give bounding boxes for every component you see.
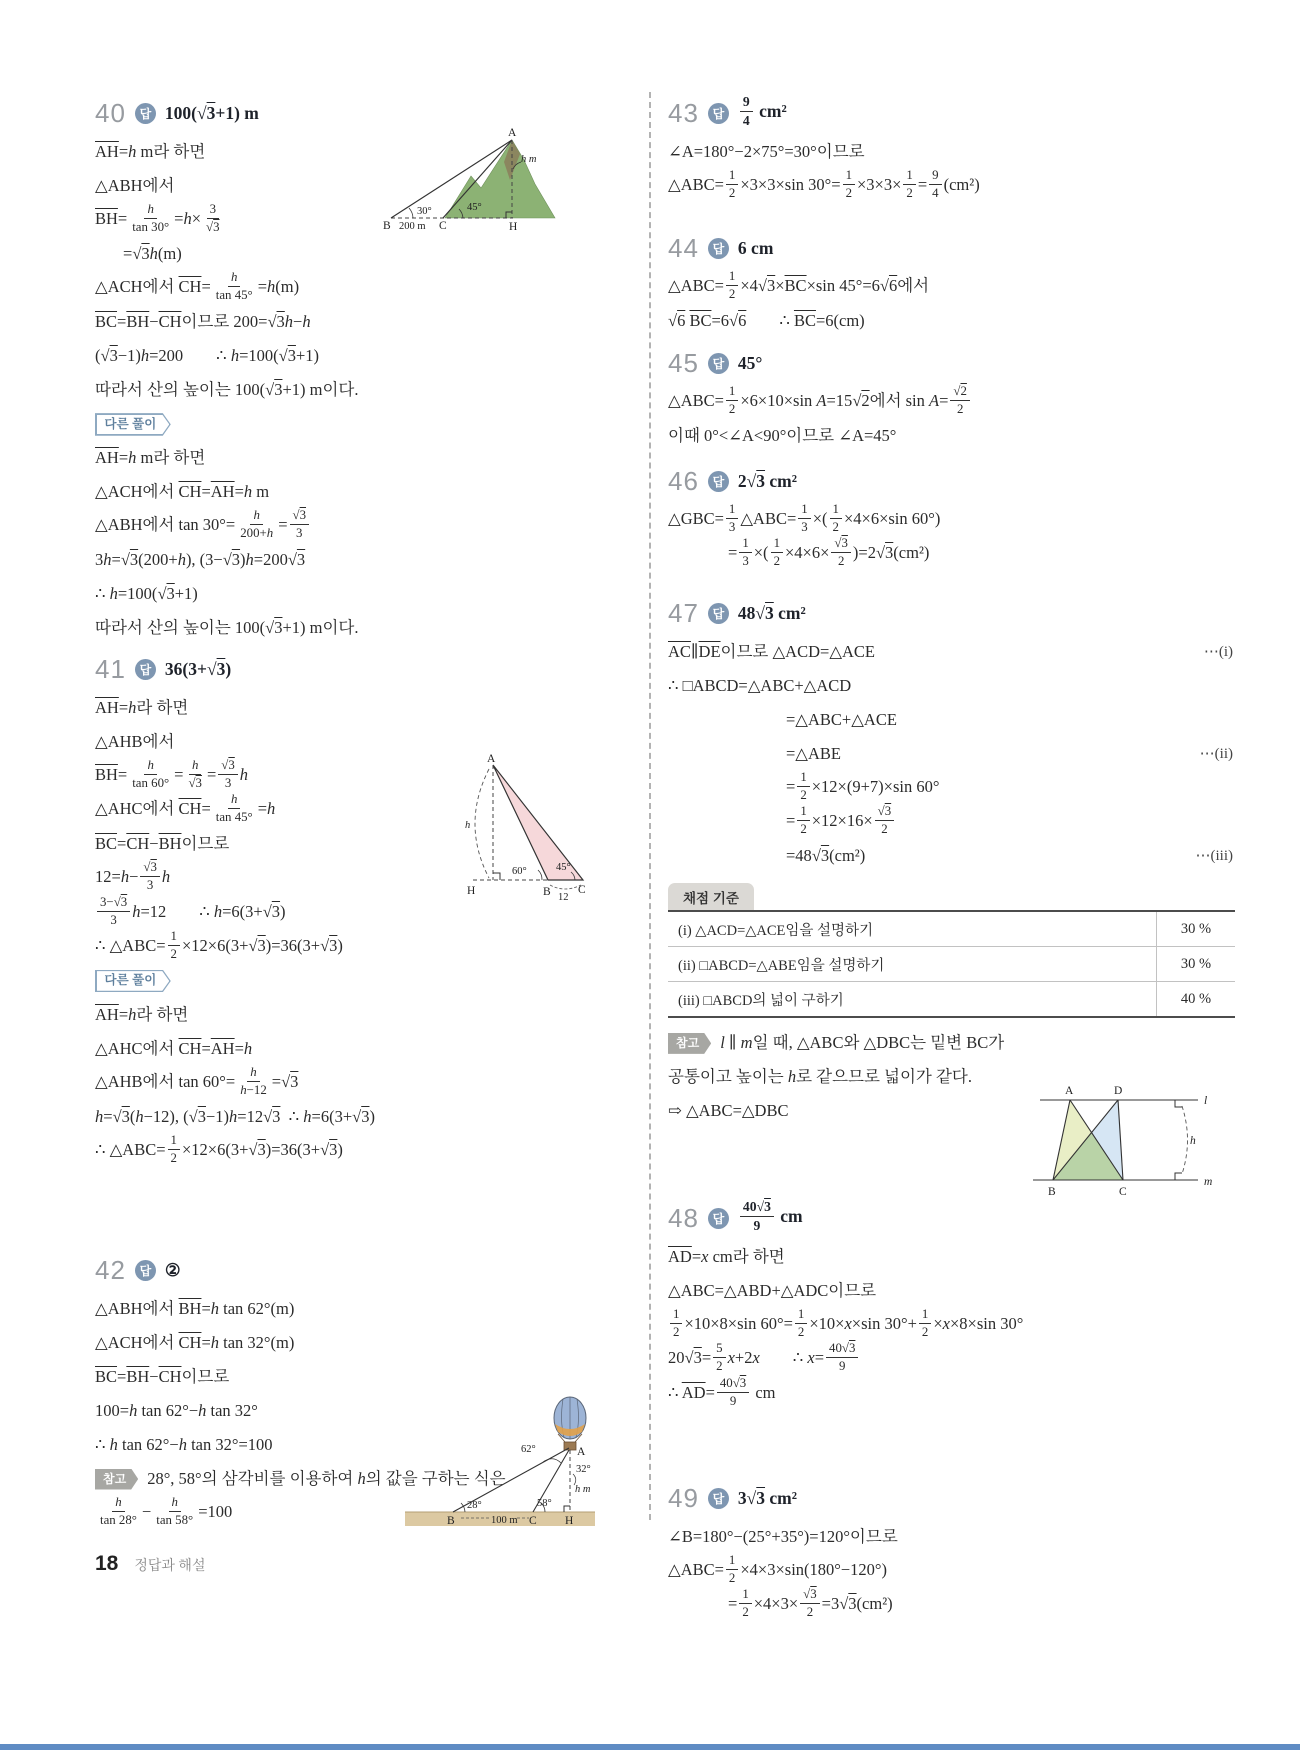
math-text: BC=BH−CH이므로 200=√3h−h — [95, 312, 311, 333]
problem-number: 43 — [668, 98, 699, 129]
solution-line: =48√3(cm²)⋯(iii) — [668, 839, 1235, 873]
solution-line: ∠B=180°−(25°+35°)=120°이므로 — [668, 1520, 1235, 1554]
math-text: 100=h tan 62°−h tan 32° — [95, 1401, 258, 1422]
math-text: 12×10×8×sin 60°=12×10×x×sin 30°+12×x×8×s… — [668, 1308, 1023, 1342]
math-text: △ACH에서 CH=htan 45°=h(m) — [95, 271, 299, 305]
solution-line: 12×10×8×sin 60°=12×10×x×sin 30°+12×x×8×s… — [668, 1308, 1235, 1342]
problem-number: 42 — [95, 1255, 126, 1286]
problem-number: 49 — [668, 1483, 699, 1514]
solution-line: AC∥DE이므로 △ACD=△ACE⋯(i) — [668, 635, 1235, 669]
grading-item: (i) △ACD=△ACE임을 설명하기 — [668, 911, 1157, 947]
solution-line: △ABC=12×4√3×BC×sin 45°=6√6에서 — [668, 270, 1235, 304]
solution-line: (√3−1)h=200 ∴ h=100(√3+1) — [95, 339, 577, 373]
solution-line: =12×12×16×√32 — [668, 805, 1235, 839]
math-text: 따라서 산의 높이는 100(√3+1) m이다. — [95, 618, 358, 639]
solution-line: AH=h라 하면 — [95, 998, 577, 1032]
label-angle-45: 45° — [556, 862, 571, 873]
math-text: =√3h(m) — [123, 244, 182, 265]
reference-line: 참고l ∥ m일 때, △ABC와 △DBC는 밑변 BC가 — [668, 1026, 1235, 1060]
grading-row: (i) △ACD=△ACE임을 설명하기30 % — [668, 911, 1235, 947]
math-text: △ABC=12×4√3×BC×sin 45°=6√6에서 — [668, 270, 929, 304]
problem-number: 40 — [95, 98, 126, 129]
solution-line: △AHB에서 tan 60°=hh−12=√3 — [95, 1066, 577, 1100]
column-divider — [649, 92, 651, 1520]
label-line-l: l — [1204, 1095, 1207, 1107]
problem-number: 46 — [668, 466, 699, 497]
label-line-m: m — [1204, 1176, 1212, 1188]
problem-number: 44 — [668, 233, 699, 264]
problem-header: 46답2√3 cm² — [668, 463, 1235, 499]
math-text: 3−√33h=12 ∴ h=6(3+√3) — [95, 896, 286, 930]
label-angle-30: 30° — [417, 206, 432, 217]
answer-text: 48√3 cm² — [738, 603, 806, 624]
solution-line: △ABH에서 BH=h tan 62°(m) — [95, 1292, 577, 1326]
label-C: C — [439, 220, 447, 232]
answer-badge: 답 — [708, 603, 729, 624]
solution-line: △ABC=12×4×3×sin(180°−120°) — [668, 1554, 1235, 1588]
math-text: △ACH에서 CH=h tan 32°(m) — [95, 1333, 294, 1354]
alternate-solution-row: 다른 풀이 — [95, 964, 577, 998]
math-text: AH=h라 하면 — [95, 698, 188, 719]
math-text: ∴ □ABCD=△ABC+△ACD — [668, 676, 851, 697]
basket — [564, 1442, 576, 1450]
label-B: B — [383, 220, 391, 232]
label-angle-32: 32° — [576, 1464, 591, 1475]
math-text: ∴ △ABC=12×12×6(3+√3)=36(3+√3) — [95, 930, 343, 964]
math-text: ∴ AD=40√39 cm — [668, 1377, 776, 1411]
label-H: H — [565, 1515, 573, 1527]
grading-percent: 30 % — [1157, 911, 1236, 947]
problem-number: 45 — [668, 348, 699, 379]
answer-badge: 답 — [708, 353, 729, 374]
problem-header: 42답② — [95, 1252, 577, 1288]
math-text: ∴ h=100(√3+1) — [95, 584, 198, 605]
problem-number: 41 — [95, 654, 126, 685]
problem-header: 47답48√3 cm² — [668, 595, 1235, 631]
page-footer: 18 정답과 해설 — [95, 1552, 205, 1576]
right-column: 43답94 cm²∠A=180°−2×75°=30°이므로△ABC=12×3×3… — [668, 95, 1235, 1675]
grading-percent: 30 % — [1157, 947, 1236, 982]
math-text: l ∥ m일 때, △ABC와 △DBC는 밑변 BC가 — [720, 1033, 1004, 1054]
label-A: A — [577, 1446, 586, 1458]
problem-41: 41답36(3+√3)AH=h라 하면△AHB에서BH=htan 60°=h√3… — [95, 651, 577, 1168]
math-text: √6 BC=6√6 ∴ BC=6(cm) — [668, 311, 865, 332]
answer-badge: 답 — [708, 1208, 729, 1229]
math-text: △ABH에서 tan 30°=h200+h=√33 — [95, 509, 311, 543]
problem-header: 45답45° — [668, 345, 1235, 381]
grading-criteria: 채점 기준(i) △ACD=△ACE임을 설명하기30 %(ii) □ABCD=… — [668, 883, 1235, 1018]
solution-line: △ACH에서 CH=AH=h m — [95, 475, 577, 509]
solution-line: △ABC=△ABD+△ADC이므로 — [668, 1274, 1235, 1308]
answer-badge: 답 — [708, 1488, 729, 1509]
problem-49: 49답3√3 cm²∠B=180°−(25°+35°)=120°이므로△ABC=… — [668, 1480, 1235, 1622]
math-text: =48√3(cm²) — [786, 846, 865, 867]
solution-line: △GBC=13△ABC=13×(12×4×6×sin 60°) — [668, 503, 1235, 537]
label-B: B — [1048, 1186, 1056, 1198]
solution-line: ∴ AD=40√39 cm — [668, 1377, 1235, 1411]
solution-line: △ABC=12×6×10×sin A=15√2에서 sin A=√22 — [668, 385, 1235, 419]
label-100m: 100 m — [491, 1515, 518, 1526]
page-number: 18 — [95, 1552, 118, 1576]
answer-text: ② — [165, 1260, 181, 1281]
math-text: =12×4×3×√32=3√3(cm²) — [728, 1588, 893, 1622]
math-text: h=√3(h−12), (√3−1)h=12√3 ∴ h=6(3+√3) — [95, 1107, 375, 1128]
answer-badge: 답 — [135, 103, 156, 124]
diagram-balloon: A B C H 62° 32° 28° 58° 100 m h m — [405, 1382, 595, 1530]
grading-percent: 40 % — [1157, 982, 1236, 1018]
footer-label: 정답과 해설 — [134, 1555, 205, 1575]
problem-44: 44답6 cm△ABC=12×4√3×BC×sin 45°=6√6에서√6 BC… — [668, 230, 1235, 338]
label-angle-45: 45° — [467, 202, 482, 213]
solution-line: ∴ △ABC=12×12×6(3+√3)=36(3+√3) — [95, 930, 577, 964]
solution-line: ∴ h=100(√3+1) — [95, 578, 577, 612]
answer-badge: 답 — [708, 471, 729, 492]
solution-line: △ACH에서 CH=h tan 32°(m) — [95, 1326, 577, 1360]
solution-line: √6 BC=6√6 ∴ BC=6(cm) — [668, 304, 1235, 338]
label-A: A — [487, 753, 496, 765]
math-text: ∠A=180°−2×75°=30°이므로 — [668, 142, 865, 163]
answer-text: 45° — [738, 353, 763, 374]
answer-text: 6 cm — [738, 238, 773, 259]
solution-line: ∴ □ABCD=△ABC+△ACD — [668, 669, 1235, 703]
solution-line: =△ABE⋯(ii) — [668, 737, 1235, 771]
solution-line: =△ABC+△ACE — [668, 703, 1235, 737]
math-text: AD=x cm라 하면 — [668, 1247, 785, 1268]
step-marker: ⋯(iii) — [1196, 847, 1234, 866]
problem-48: 48답40√39 cmAD=x cm라 하면△ABC=△ABD+△ADC이므로1… — [668, 1200, 1235, 1411]
solution-line: =13×(12×4×6×√32)=2√3(cm²) — [668, 537, 1235, 571]
label-angle-58: 58° — [537, 1498, 552, 1509]
answer-badge: 답 — [708, 238, 729, 259]
solution-line: △ABH에서 tan 30°=h200+h=√33 — [95, 509, 577, 543]
solution-line: =12×12×(9+7)×sin 60° — [668, 771, 1235, 805]
step-marker: ⋯(i) — [1204, 643, 1233, 662]
label-angle-28: 28° — [467, 1500, 482, 1511]
math-text: BC=BH−CH이므로 — [95, 1367, 229, 1388]
label-angle-60: 60° — [512, 866, 527, 877]
grading-row: (ii) □ABCD=△ABE임을 설명하기30 % — [668, 947, 1235, 982]
math-text: 20√3=52x+2x ∴ x=40√39 — [668, 1342, 860, 1376]
solution-line: BC=BH−CH이므로 200=√3h−h — [95, 305, 577, 339]
answer-text: 94 cm² — [738, 95, 787, 131]
math-text: AH=h m라 하면 — [95, 142, 205, 163]
math-text: △AHB에서 — [95, 732, 174, 753]
reference-tag: 참고 — [668, 1033, 711, 1054]
math-text: AH=h m라 하면 — [95, 448, 205, 469]
problem-header: 44답6 cm — [668, 230, 1235, 266]
math-text: BH=htan 30°=h×3√3 — [95, 203, 225, 237]
step-marker: ⋯(ii) — [1200, 745, 1233, 764]
solution-line: AH=h m라 하면 — [95, 441, 577, 475]
math-text: 3h=√3(200+h), (3−√3)h=200√3 — [95, 550, 305, 571]
math-text: △AHC에서 CH=AH=h — [95, 1039, 252, 1060]
problem-46: 46답2√3 cm²△GBC=13△ABC=13×(12×4×6×sin 60°… — [668, 463, 1235, 571]
math-text: 12=h−√33h — [95, 861, 170, 895]
problem-45: 45답45°△ABC=12×6×10×sin A=15√2에서 sin A=√2… — [668, 345, 1235, 453]
problem-number: 47 — [668, 598, 699, 629]
math-text: =△ABE — [786, 744, 841, 765]
math-text: BH=htan 60°=h√3=√33h — [95, 759, 248, 793]
answer-badge: 답 — [135, 1260, 156, 1281]
solution-line: =12×4×3×√32=3√3(cm²) — [668, 1588, 1235, 1622]
label-hm: h m — [575, 1484, 591, 1495]
math-text: ⇨ △ABC=△DBC — [668, 1101, 789, 1122]
grading-row: (iii) □ABCD의 넓이 구하기40 % — [668, 982, 1235, 1018]
reference-tag: 참고 — [95, 1469, 138, 1490]
math-text: =13×(12×4×6×√32)=2√3(cm²) — [728, 537, 929, 571]
label-A: A — [1065, 1085, 1074, 1097]
alternate-solution-row: 다른 풀이 — [95, 407, 577, 441]
grading-item: (ii) □ABCD=△ABE임을 설명하기 — [668, 947, 1157, 982]
problem-47: 47답48√3 cm²AC∥DE이므로 △ACD=△ACE⋯(i)∴ □ABCD… — [668, 595, 1235, 1128]
solution-line: h=√3(h−12), (√3−1)h=12√3 ∴ h=6(3+√3) — [95, 1100, 577, 1134]
answer-text: 2√3 cm² — [738, 471, 797, 492]
grading-item: (iii) □ABCD의 넓이 구하기 — [668, 982, 1157, 1018]
solution-line: △AHC에서 CH=AH=h — [95, 1032, 577, 1066]
math-text: △ACH에서 CH=AH=h m — [95, 482, 269, 503]
label-D: D — [1114, 1085, 1122, 1097]
math-text: =12×12×16×√32 — [786, 805, 896, 839]
answer-text: 40√39 cm — [738, 1200, 803, 1236]
solution-line: 3h=√3(200+h), (3−√3)h=200√3 — [95, 544, 577, 578]
math-text: △AHB에서 tan 60°=hh−12=√3 — [95, 1066, 298, 1100]
solution-line: =√3h(m) — [95, 237, 577, 271]
math-text: (√3−1)h=200 ∴ h=100(√3+1) — [95, 346, 319, 367]
answer-badge: 답 — [708, 103, 729, 124]
label-h: h — [1190, 1135, 1196, 1147]
alternate-solution-tag: 다른 풀이 — [95, 970, 171, 993]
solution-line: AD=x cm라 하면 — [668, 1240, 1235, 1274]
answer-text: 100(√3+1) m — [165, 103, 259, 124]
alternate-solution-tag: 다른 풀이 — [95, 413, 171, 436]
label-B: B — [447, 1515, 455, 1527]
math-text: △ABH에서 — [95, 176, 174, 197]
solution-line: ∠A=180°−2×75°=30°이므로 — [668, 135, 1235, 169]
label-h: h — [465, 820, 470, 831]
label-C: C — [529, 1515, 537, 1527]
solution-line: △ACH에서 CH=htan 45°=h(m) — [95, 271, 577, 305]
diagram-mountain: A B C H 30° 45° 200 m h m — [383, 126, 563, 240]
math-text: 따라서 산의 높이는 100(√3+1) m이다. — [95, 380, 358, 401]
math-text: △ABH에서 BH=h tan 62°(m) — [95, 1299, 294, 1320]
diagram-triangle-60-45: A H B C 60° 45° 12 h — [415, 752, 585, 904]
math-text: ∴ h tan 62°−h tan 32°=100 — [95, 1435, 273, 1456]
label-200m: 200 m — [399, 221, 426, 232]
label-H: H — [467, 885, 475, 897]
grading-criteria-tab: 채점 기준 — [668, 883, 754, 910]
math-text: ∴ △ABC=12×12×6(3+√3)=36(3+√3) — [95, 1134, 343, 1168]
math-text: =12×12×(9+7)×sin 60° — [786, 771, 939, 805]
label-A: A — [508, 127, 517, 139]
problem-43: 43답94 cm²∠A=180°−2×75°=30°이므로△ABC=12×3×3… — [668, 95, 1235, 203]
math-text: 공통이고 높이는 h로 같으므로 넓이가 같다. — [668, 1067, 972, 1088]
label-B: B — [543, 886, 551, 898]
label-H: H — [509, 221, 517, 233]
diagram-parallel-lines: A D B C l m h — [1028, 1072, 1235, 1217]
solution-line: AH=h라 하면 — [95, 691, 577, 725]
solution-line: △ABC=12×3×3×sin 30°=12×3×3×12=94(cm²) — [668, 169, 1235, 203]
solution-line: 이때 0°<∠A<90°이므로 ∠A=45° — [668, 419, 1235, 453]
math-text: △ABC=12×6×10×sin A=15√2에서 sin A=√22 — [668, 385, 972, 419]
problem-header: 43답94 cm² — [668, 95, 1235, 131]
problem-header: 49답3√3 cm² — [668, 1480, 1235, 1516]
solution-line: 따라서 산의 높이는 100(√3+1) m이다. — [95, 373, 577, 407]
solution-line: 20√3=52x+2x ∴ x=40√39 — [668, 1342, 1235, 1376]
math-text: AC∥DE이므로 △ACD=△ACE — [668, 642, 875, 663]
solution-line: ∴ △ABC=12×12×6(3+√3)=36(3+√3) — [95, 1134, 577, 1168]
answer-badge: 답 — [135, 659, 156, 680]
label-C: C — [578, 884, 585, 896]
problem-number: 48 — [668, 1203, 699, 1234]
solution-line: 따라서 산의 높이는 100(√3+1) m이다. — [95, 612, 577, 646]
math-text: △AHC에서 CH=htan 45°=h — [95, 793, 275, 827]
math-text: BC=CH−BH이므로 — [95, 834, 229, 855]
math-text: △ABC=△ABD+△ADC이므로 — [668, 1281, 876, 1302]
label-C: C — [1119, 1186, 1127, 1198]
math-text: ∠B=180°−(25°+35°)=120°이므로 — [668, 1527, 898, 1548]
label-hm: h m — [521, 154, 537, 165]
label-12: 12 — [558, 892, 569, 903]
math-text: △GBC=13△ABC=13×(12×4×6×sin 60°) — [668, 503, 940, 537]
math-text: htan 28°−htan 58°=100 — [95, 1496, 232, 1530]
problem-header: 41답36(3+√3) — [95, 651, 577, 687]
label-angle-62: 62° — [521, 1444, 536, 1455]
answer-text: 3√3 cm² — [738, 1488, 797, 1509]
bottom-accent-bar — [0, 1744, 1300, 1750]
math-text: △ABC=12×4×3×sin(180°−120°) — [668, 1554, 887, 1588]
page: 40답100(√3+1) mAH=h m라 하면△ABH에서BH=htan 30… — [0, 0, 1300, 1754]
math-text: △ABC=12×3×3×sin 30°=12×3×3×12=94(cm²) — [668, 169, 980, 203]
mountain-shape — [445, 140, 555, 218]
math-text: AH=h라 하면 — [95, 1005, 188, 1026]
math-text: =△ABC+△ACE — [786, 710, 897, 731]
answer-text: 36(3+√3) — [165, 659, 231, 680]
math-text: 이때 0°<∠A<90°이므로 ∠A=45° — [668, 426, 896, 447]
